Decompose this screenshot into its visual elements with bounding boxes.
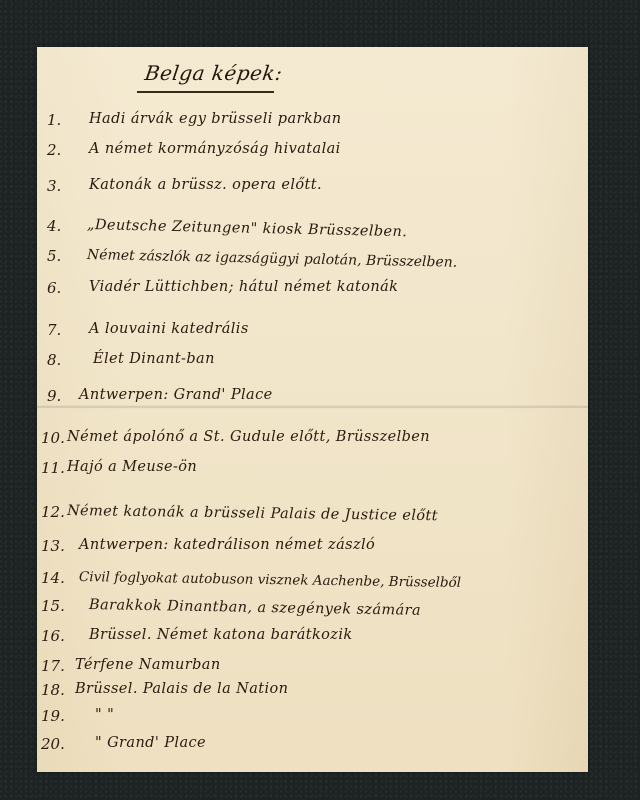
item-text: Antwerpen: Grand' Place: [79, 387, 273, 403]
item-number: 7.: [47, 321, 61, 339]
item-number: 16.: [41, 627, 65, 645]
item-text: Hajó a Meuse-ön: [67, 459, 197, 475]
list-item: 9. Antwerpen: Grand' Place: [37, 387, 588, 411]
item-number: 2.: [47, 141, 61, 159]
item-text: A német kormányzóság hivatalai: [89, 141, 341, 157]
item-number: 4.: [47, 217, 61, 235]
item-number: 13.: [41, 537, 65, 555]
list-item: 19. " ": [37, 707, 588, 731]
item-number: 1.: [47, 111, 61, 129]
item-number: 17.: [41, 657, 65, 675]
list-item: 3. Katonák a brüssz. opera előtt.: [37, 177, 588, 201]
item-number: 9.: [47, 387, 61, 405]
list-item: 13. Antwerpen: katedrálison német zászló: [37, 537, 588, 561]
list-item: 10. Német ápolónő a St. Gudule előtt, Br…: [37, 429, 588, 453]
item-text: Hadi árvák egy brüsseli parkban: [89, 111, 342, 127]
list-item: 18. Brüssel. Palais de la Nation: [37, 681, 588, 705]
title-underline: [137, 91, 274, 93]
list-item: 15. Barakkok Dinantban, a szegények szám…: [37, 597, 588, 621]
item-number: 6.: [47, 279, 61, 297]
item-text: Német katonák a brüsseli Palais de Justi…: [67, 503, 438, 524]
item-text: Brüssel. Német katona barátkozik: [89, 627, 353, 643]
item-text: Barakkok Dinantban, a szegények számára: [89, 597, 421, 619]
list-item: 7. A louvaini katedrális: [37, 321, 588, 345]
item-number: 20.: [41, 735, 65, 753]
item-text: " ": [95, 707, 114, 723]
list-item: 17. Térfene Namurban: [37, 657, 588, 681]
page-title: Belga képek:: [143, 61, 284, 85]
item-number: 18.: [41, 681, 65, 699]
list-item: 16. Brüssel. Német katona barátkozik: [37, 627, 588, 651]
item-text: Viadér Lüttichben; hátul német katonák: [89, 279, 398, 295]
item-text: A louvaini katedrális: [89, 321, 249, 337]
item-text: Brüssel. Palais de la Nation: [75, 681, 288, 697]
item-text: „Deutsche Zeitungen" kiosk Brüsszelben.: [87, 217, 408, 240]
list-item: 11. Hajó a Meuse-ön: [37, 459, 588, 483]
item-number: 8.: [47, 351, 61, 369]
item-text: Német ápolónő a St. Gudule előtt, Brüssz…: [67, 429, 430, 445]
list-item: 1. Hadi árvák egy brüsseli parkban: [37, 111, 588, 135]
item-text: Civil foglyokat autobuson visznek Aachen…: [79, 569, 461, 591]
list-item: 20. " Grand' Place: [37, 735, 588, 759]
item-number: 15.: [41, 597, 65, 615]
item-text: Német zászlók az igazságügyi palotán, Br…: [87, 247, 458, 271]
item-number: 10.: [41, 429, 65, 447]
item-number: 5.: [47, 247, 61, 265]
item-text: Térfene Namurban: [75, 657, 221, 673]
item-text: Katonák a brüssz. opera előtt.: [89, 177, 322, 193]
list-item: 5. Német zászlók az igazságügyi palotán,…: [37, 247, 588, 271]
item-number: 14.: [41, 569, 65, 587]
list-item: 6. Viadér Lüttichben; hátul német katoná…: [37, 279, 588, 303]
item-number: 3.: [47, 177, 61, 195]
list-item: 8. Élet Dinant-ban: [37, 351, 588, 375]
item-number: 12.: [41, 503, 65, 521]
list-item: 12. Német katonák a brüsseli Palais de J…: [37, 503, 588, 527]
list-item: 14. Civil foglyokat autobuson visznek Aa…: [37, 569, 588, 593]
item-number: 11.: [41, 459, 65, 477]
item-text: " Grand' Place: [95, 735, 206, 751]
item-text: Antwerpen: katedrálison német zászló: [79, 537, 375, 553]
item-text: Élet Dinant-ban: [93, 351, 215, 367]
list-item: 2. A német kormányzóság hivatalai: [37, 141, 588, 165]
item-number: 19.: [41, 707, 65, 725]
list-item: 4. „Deutsche Zeitungen" kiosk Brüsszelbe…: [37, 217, 588, 241]
manuscript-page: Belga képek: 1. Hadi árvák egy brüsseli …: [37, 47, 588, 772]
